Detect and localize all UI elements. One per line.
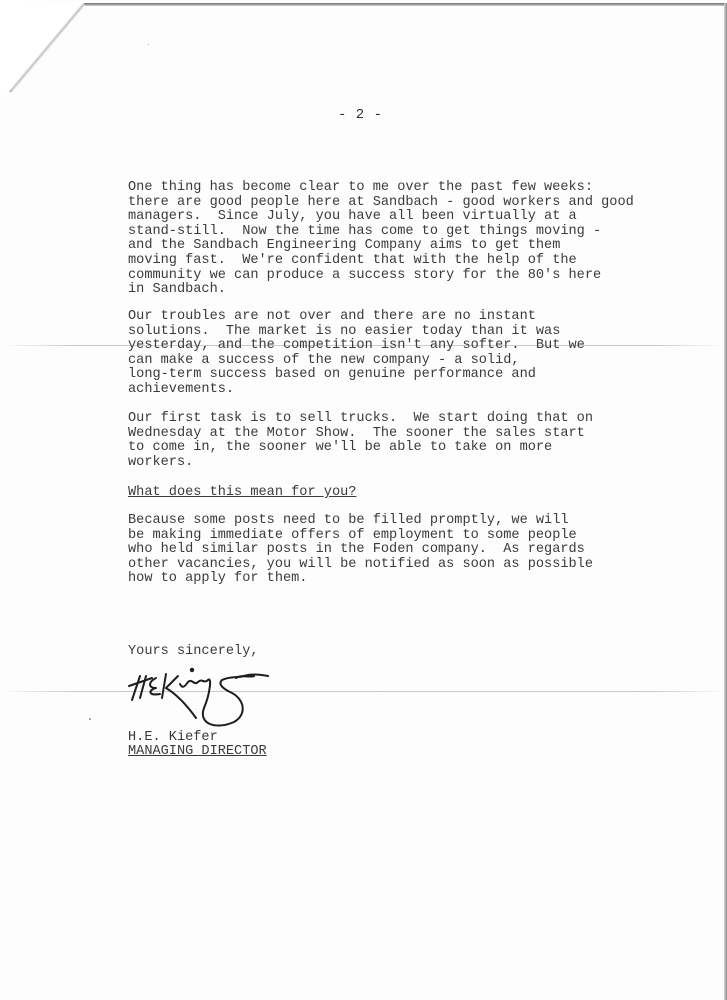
letter-page: - 2 - One thing has become clear to me o…: [0, 0, 727, 1000]
section-heading: What does this mean for you?: [128, 486, 356, 501]
paragraph-intro: One thing has become clear to me over th…: [128, 181, 634, 298]
signature-icon: [126, 664, 276, 734]
closing-salutation: Yours sincerely,: [128, 645, 259, 660]
dog-ear-corner-icon: [0, 0, 90, 100]
paper-speck: [148, 44, 149, 45]
paper-top-edge: [84, 3, 727, 6]
fold-line: [0, 691, 727, 692]
signer-title: MANAGING DIRECTOR: [128, 745, 267, 760]
paragraph-first-task: Our first task is to sell trucks. We sta…: [128, 412, 593, 470]
page-number: - 2 -: [338, 107, 383, 123]
paper-speck: [89, 718, 91, 720]
paragraph-employment: Because some posts need to be filled pro…: [128, 514, 593, 587]
paragraph-troubles: Our troubles are not over and there are …: [128, 310, 585, 398]
